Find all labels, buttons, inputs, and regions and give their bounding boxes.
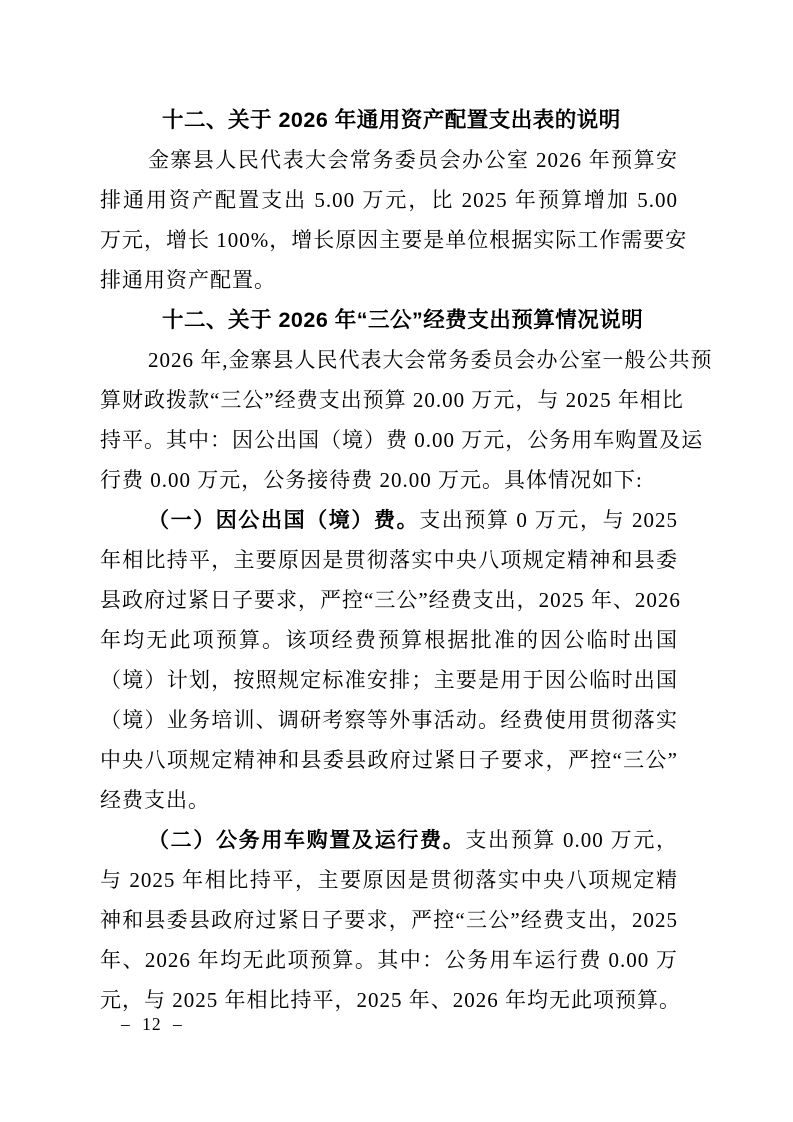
text-line: 金寨县人民代表大会常务委员会办公室 2026 年预算安 <box>100 140 678 180</box>
text-line: （二）公务用车购置及运行费。支出预算 0.00 万元， <box>100 820 678 860</box>
text-line: 年均无此项预算。该项经费预算根据批准的因公临时出国 <box>100 620 678 660</box>
text-line: 元，与 2025 年相比持平，2025 年、2026 年均无此项预算。 <box>100 980 678 1020</box>
text-line: 与 2025 年相比持平，主要原因是贯彻落实中央八项规定精 <box>100 860 678 900</box>
paragraph-lead-official-vehicle: （二）公务用车购置及运行费。 <box>148 829 465 852</box>
text-line: 排通用资产配置。 <box>100 260 678 300</box>
text-line: 年相比持平，主要原因是贯彻落实中央八项规定精神和县委 <box>100 540 678 580</box>
text-line: 年、2026 年均无此项预算。其中：公务用车运行费 0.00 万 <box>100 940 678 980</box>
text-run: 支出预算 0 万元，与 2025 <box>419 508 678 532</box>
text-run: 支出预算 0.00 万元， <box>465 828 678 852</box>
text-line: 算财政拨款“三公”经费支出预算 20.00 万元，与 2025 年相比 <box>100 380 678 420</box>
text-line: 神和县委县政府过紧日子要求，严控“三公”经费支出，2025 <box>100 900 678 940</box>
section-heading-asset-allocation: 十二、关于 2026 年通用资产配置支出表的说明 <box>100 100 678 140</box>
text-line: 2026 年,金寨县人民代表大会常务委员会办公室一般公共预 <box>100 340 678 380</box>
text-line: 县政府过紧日子要求，严控“三公”经费支出，2025 年、2026 <box>100 580 678 620</box>
text-line: 持平。其中：因公出国（境）费 0.00 万元，公务用车购置及运 <box>100 420 678 460</box>
document-content: 十二、关于 2026 年通用资产配置支出表的说明 金寨县人民代表大会常务委员会办… <box>100 100 678 1020</box>
text-line: 排通用资产配置支出 5.00 万元，比 2025 年预算增加 5.00 <box>100 180 678 220</box>
page-number: – 12 – <box>121 1012 183 1036</box>
text-line: 经费支出。 <box>100 780 678 820</box>
text-line: 万元，增长 100%，增长原因主要是单位根据实际工作需要安 <box>100 220 678 260</box>
paragraph-lead-outbound-travel: （一）因公出国（境）费。 <box>148 509 419 532</box>
text-line: （一）因公出国（境）费。支出预算 0 万元，与 2025 <box>100 500 678 540</box>
text-line: （境）计划，按照规定标准安排；主要是用于因公临时出国 <box>100 660 678 700</box>
document-page: 十二、关于 2026 年通用资产配置支出表的说明 金寨县人民代表大会常务委员会办… <box>0 0 793 1122</box>
section-heading-three-public-funds: 十二、关于 2026 年“三公”经费支出预算情况说明 <box>100 300 678 340</box>
text-line: 行费 0.00 万元，公务接待费 20.00 万元。具体情况如下: <box>100 460 678 500</box>
text-line: （境）业务培训、调研考察等外事活动。经费使用贯彻落实 <box>100 700 678 740</box>
text-line: 中央八项规定精神和县委县政府过紧日子要求，严控“三公” <box>100 740 678 780</box>
